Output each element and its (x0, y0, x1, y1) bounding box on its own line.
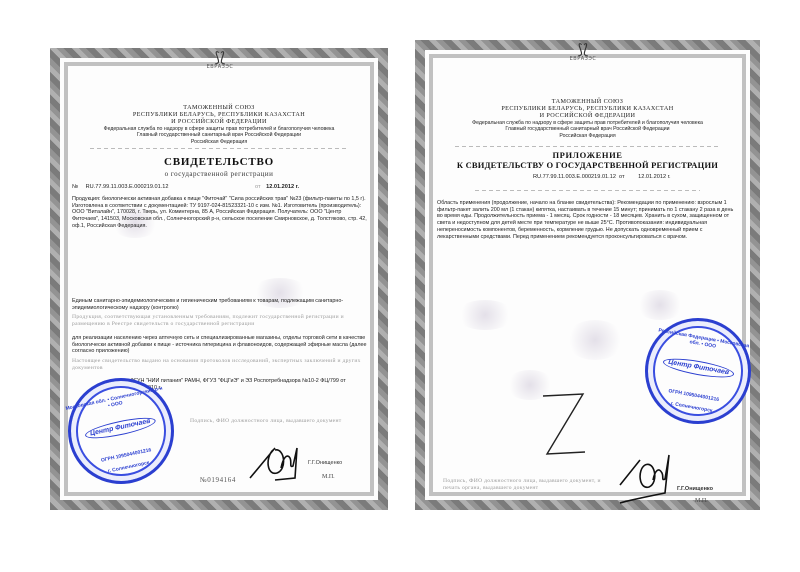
signature-caption: Подпись, ФИО должностного лица, выдавшег… (443, 478, 603, 492)
faint-paragraph: Настоящее свидетельство выдано на основа… (72, 358, 370, 372)
appendix-number: RU.77.99.11.003.Е.000219.01.12 (533, 174, 616, 180)
right-certificate: ⟆⟅ ЕВРАЗЭС ТАМОЖЕННЫЙ СОЮЗ РЕСПУБЛИКИ БЕ… (415, 40, 760, 510)
serial-number: №0194164 (200, 476, 236, 484)
header-line: ТАМОЖЕННЫЙ СОЮЗ (433, 98, 742, 105)
certificate-title: СВИДЕТЕЛЬСТВО (50, 156, 388, 168)
faint-paragraph: Продукция, соответствующая установленным… (72, 314, 370, 328)
eurasec-logo: ⟆⟅ ЕВРАЗЭС (190, 52, 250, 70)
number-prefix: № (72, 184, 78, 190)
header-line: ТАМОЖЕННЫЙ СОЮЗ (70, 104, 368, 111)
appendix-body-paragraph: Область применения (продолжение, начало … (437, 200, 740, 240)
number-value: RU.77.99.11.003.Е.000219.01.12 (86, 184, 169, 190)
left-certificate: ⟆⟅ ЕВРАЗЭС ТАМОЖЕННЫЙ СОЮЗ РЕСПУБЛИКИ БЕ… (50, 48, 388, 510)
logo-text: ЕВРАЗЭС (553, 56, 613, 62)
stamp-center-text: Центр Фиточаев (84, 414, 157, 443)
certificate-date: от 12.01.2012 г. (255, 184, 299, 190)
signature (615, 445, 705, 505)
date-value: 12.01.2012 г. (638, 174, 670, 180)
seal-label: М.П. (695, 498, 708, 504)
header-line: И РОССИЙСКОЙ ФЕДЕРАЦИИ (70, 118, 368, 125)
appendix-date: от 12.01.2012 г. (619, 174, 671, 180)
signer-name: Г.Г.Онищенко (677, 486, 713, 492)
eurasec-logo: ⟆⟅ ЕВРАЗЭС (553, 44, 613, 62)
certificate-number: № RU.77.99.11.003.Е.000219.01.12 (72, 184, 169, 190)
date-prefix: от (255, 184, 261, 190)
compliance-paragraph: Единым санитарно-эпидемиологическим и ги… (72, 298, 370, 311)
agency-line: Российская Федерация (70, 139, 368, 146)
signature-caption: Подпись, ФИО должностного лица, выдавшег… (190, 418, 358, 425)
usage-paragraph: для реализации населению через аптечную … (72, 335, 370, 355)
eurasec-logo-icon: ⟆⟅ (553, 44, 613, 56)
eurasec-logo-icon: ⟆⟅ (190, 52, 250, 64)
agency-line: Российская Федерация (433, 133, 742, 140)
appendix-title: ПРИЛОЖЕНИЕ (415, 150, 760, 160)
date-prefix: от (619, 174, 625, 180)
date-value: 12.01.2012 г. (266, 184, 299, 190)
seal-label: М.П. (322, 474, 335, 480)
signer-name: Г.Г.Онищенко (308, 460, 342, 466)
appendix-subtitle: К СВИДЕТЕЛЬСТВУ О ГОСУДАРСТВЕННОЙ РЕГИСТ… (415, 160, 760, 170)
stamp-center-text: Центр Фиточаев (662, 355, 735, 381)
left-header: ТАМОЖЕННЫЙ СОЮЗ РЕСПУБЛИКИ БЕЛАРУСЬ, РЕС… (70, 104, 368, 145)
certificate-subtitle: о государственной регистрации (50, 170, 388, 178)
product-paragraph: Продукция: биологически активная добавка… (72, 196, 370, 230)
right-header: ТАМОЖЕННЫЙ СОЮЗ РЕСПУБЛИКИ БЕЛАРУСЬ, РЕС… (433, 98, 742, 139)
handwritten-z-mark (535, 390, 595, 460)
header-line: И РОССИЙСКОЙ ФЕДЕРАЦИИ (433, 112, 742, 119)
logo-text: ЕВРАЗЭС (190, 64, 250, 70)
protocol-paragraph: ФГУН "НИИ питания" РАМН, ФГУЗ "ФЦГиЭ" и … (130, 378, 370, 391)
signature (245, 428, 325, 488)
